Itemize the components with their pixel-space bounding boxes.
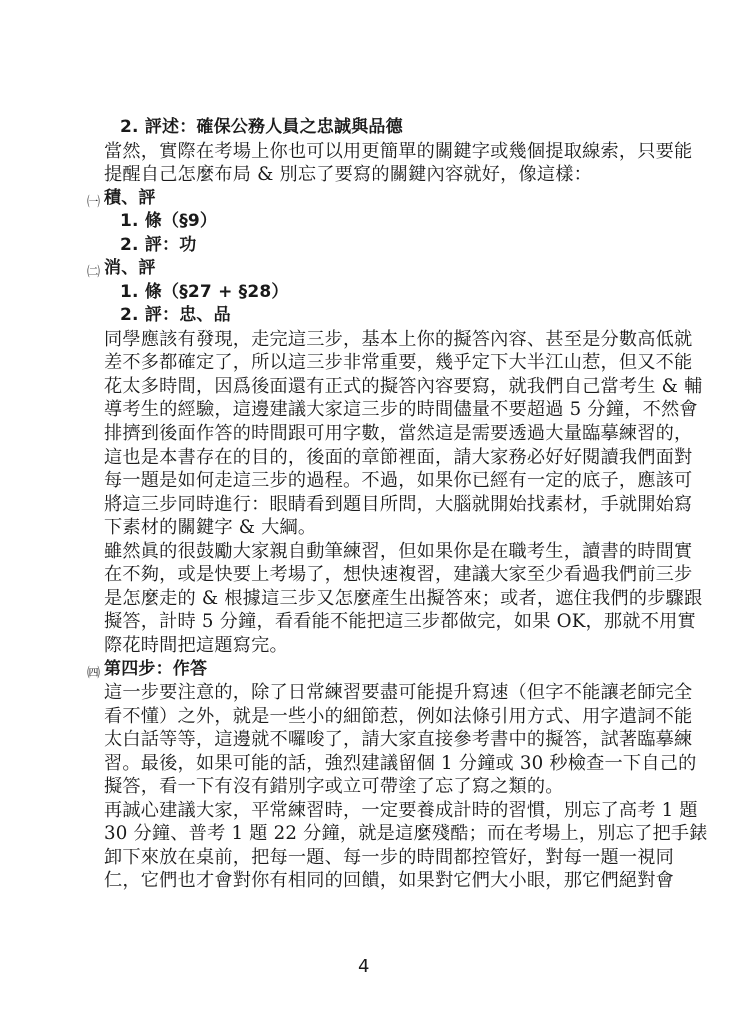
paragraph-line: 將這三步同時進行：眼睛看到題目所問，大腦就開始找素材，手就開始寫 bbox=[104, 493, 692, 517]
paragraph-line: 卸下來放在桌前，把每一題、每一步的時間都控管好，對每一題一視同 bbox=[104, 846, 674, 870]
paragraph-line: 際花時間把這題寫完。 bbox=[104, 634, 288, 658]
outline-title: 積、評 bbox=[104, 187, 156, 211]
outline-item: 1. 條（§27 + §28） bbox=[120, 281, 289, 305]
paragraph-line: 再誠心建議大家，平常練習時，一定要養成計時的習慣，別忘了高考 1 題 bbox=[104, 799, 698, 823]
step-marker: ㈣ bbox=[87, 662, 100, 681]
paragraph-line: 同學應該有發現，走完這三步，基本上你的擬答內容、甚至是分數高低就 bbox=[104, 328, 692, 352]
paragraph-line: 排擠到後面作答的時間跟可用字數，當然這是需要透過大量臨摹練習的， bbox=[104, 422, 692, 446]
outline-item: 1. 條（§9） bbox=[120, 210, 217, 234]
outline-marker: ㈡ bbox=[87, 261, 100, 280]
paragraph-line: 仁，它們也才會對你有相同的回饋，如果對它們大小眼，那它們絕對會 bbox=[104, 869, 674, 893]
paragraph-line: 在不夠，或是快要上考場了，想快速複習，建議大家至少看過我們前三步 bbox=[104, 563, 692, 587]
paragraph-line: 差不多都確定了，所以這三步非常重要，幾乎定下大半江山惹，但又不能 bbox=[104, 351, 692, 375]
intro-line: 提醒自己怎麼布局 & 別忘了要寫的關鍵內容就好，像這樣： bbox=[104, 163, 592, 187]
outline-marker: ㈠ bbox=[87, 191, 100, 210]
outline-item: 2. 評：忠、品 bbox=[120, 304, 231, 328]
outline-title: 消、評 bbox=[104, 257, 156, 281]
intro-line: 當然，實際在考場上你也可以用更簡單的關鍵字或幾個提取線索，只要能 bbox=[104, 140, 692, 164]
paragraph-line: 雖然眞的很鼓勵大家親自動筆練習，但如果你是在職考生，讀書的時間實 bbox=[104, 540, 692, 564]
paragraph-line: 看不懂）之外，就是一些小的細節惹，例如法條引用方式、用字遣詞不能 bbox=[104, 705, 692, 729]
heading-item: 2. 評述：確保公務人員之忠誠與品德 bbox=[120, 116, 403, 140]
paragraph-line: 每一題是如何走這三步的過程。不過，如果你已經有一定的底子，應該可 bbox=[104, 469, 692, 493]
paragraph-line: 導考生的經驗，這邊建議大家這三步的時間儘量不要超過 5 分鐘，不然會 bbox=[104, 398, 698, 422]
paragraph-line: 習。最後，如果可能的話，強烈建議留個 1 分鐘或 30 秒檢查一下自己的 bbox=[104, 752, 696, 776]
page-number: 4 bbox=[358, 956, 369, 977]
outline-item: 2. 評：功 bbox=[120, 234, 196, 258]
paragraph-line: 花太多時間，因爲後面還有正式的擬答內容要寫，就我們自己當考生 & 輔 bbox=[104, 375, 702, 399]
paragraph-line: 這一步要注意的，除了日常練習要盡可能提升寫速（但字不能讓老師完全 bbox=[104, 681, 692, 705]
step-heading: 第四步：作答 bbox=[104, 658, 207, 682]
paragraph-line: 30 分鐘、普考 1 題 22 分鐘，就是這麼殘酷；而在考場上，別忘了把手錶 bbox=[104, 822, 708, 846]
paragraph-line: 擬答，計時 5 分鐘，看看能不能把這三步都做完，如果 OK，那就不用實 bbox=[104, 610, 696, 634]
paragraph-line: 擬答，看一下有沒有錯別字或立可帶塗了忘了寫之類的。 bbox=[104, 775, 564, 799]
paragraph-line: 下素材的關鍵字 & 大綱。 bbox=[104, 516, 316, 540]
paragraph-line: 這也是本書存在的目的，後面的章節裡面，請大家務必好好閱讀我們面對 bbox=[104, 446, 692, 470]
paragraph-line: 是怎麼走的 & 根據這三步又怎麼產生出擬答來；或者，遮住我們的步驟跟 bbox=[104, 587, 702, 611]
document-page: 2. 評述：確保公務人員之忠誠與品德 當然，實際在考場上你也可以用更簡單的關鍵字… bbox=[0, 0, 750, 1017]
paragraph-line: 太白話等等，這邊就不囉唆了，請大家直接參考書中的擬答，試著臨摹練 bbox=[104, 728, 692, 752]
